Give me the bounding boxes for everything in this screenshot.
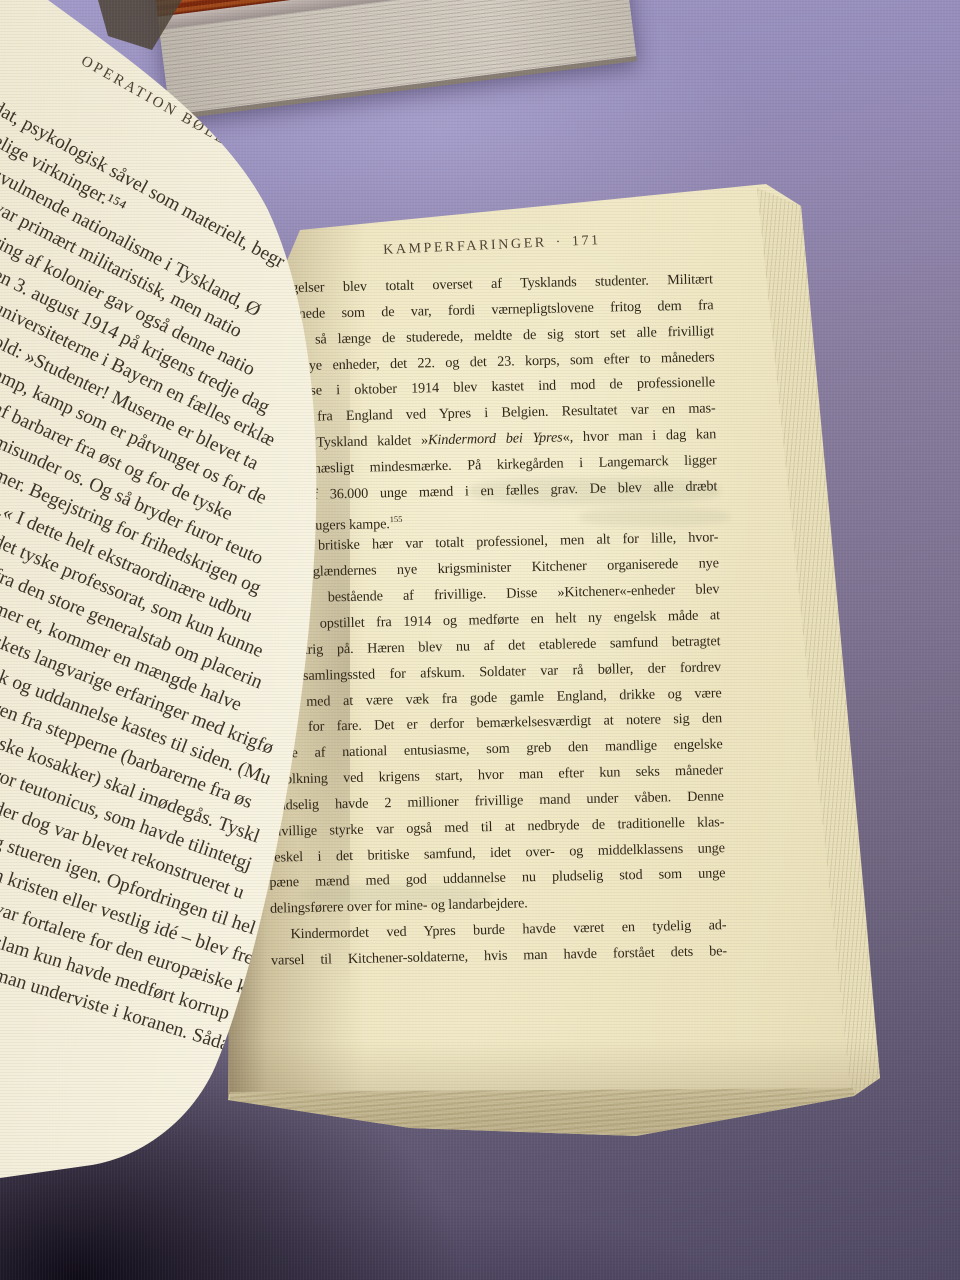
text-line-fragment: universiteterne i Bayern en fælles erklæ: [0, 297, 278, 452]
italic-phrase: Kindermord bei Ypres: [428, 430, 563, 449]
page-number: 170: [300, 179, 335, 208]
chapter-title: KAMPERFARINGER: [383, 236, 547, 258]
text-line-fragment: der dog var blevet rekonstrueret u: [0, 798, 247, 905]
text-line-fragment: misunder os. Og så bryder furor teuto: [0, 431, 266, 570]
text-line-fragment: ren fra stepperne (barbarerne fra øs: [0, 698, 255, 814]
text-line-fragment: var fortalere for den europæiske ku: [0, 898, 259, 1002]
paragraph-lines: for englændernes nye krigsminister Kitch…: [263, 552, 726, 897]
text-line-fragment: skets langvarige erfaringer med krigfø: [0, 631, 276, 760]
text-line-fragment: var primært militaristisk, men natio: [0, 197, 245, 343]
right-page-body-text: modsigelser blev totalt overset af Tyskl…: [257, 267, 728, 974]
text-line-fragment: af barbarer fra øst og for de tyske: [0, 398, 236, 526]
text-line-fragment: amp, kamp som er påtvunget os for de: [0, 364, 270, 510]
paragraph-lines: se et hæsligt mindesmærke. På kirkegårde…: [261, 448, 718, 509]
text-line-fragment: fra den store generalstab om placerin: [0, 564, 265, 693]
text-line-fragment: t.« I dette helt ekstraordinære udbru: [0, 498, 255, 628]
text-line-fragment: ring af kolonier gav også denne natio: [0, 231, 258, 381]
text-line-fragment: man underviste i koranen. Såda: [0, 965, 232, 1057]
text-line-fragment: dat, psykologisk såvel som materielt, be…: [0, 97, 288, 273]
text-line-fragment: n kristen eller vestlig idé – blev fre: [0, 865, 256, 971]
text-line-fragment: en 3. august 1914 på krigens tredje dag: [0, 264, 273, 419]
right-page-header: KAMPERFARINGER·171: [264, 228, 720, 265]
text-line-fragment: mer et, kommer en mængde halve: [0, 598, 245, 717]
text-line-fragment: elige virkninger.¹⁵⁴: [0, 131, 129, 220]
text-line-fragment: g stueren igen. Opfordringen til hel: [0, 831, 258, 940]
header-separator: ·: [286, 171, 301, 189]
photo-open-book-scene: Expert recommendations KAMPERFARINGER·17…: [0, 0, 960, 1280]
text-line-fragment: mer. Begejstring for frihedskrigen og: [0, 464, 264, 600]
text-line-fragment: old: »Studenter! Muserne er blevet ta: [0, 331, 262, 475]
text-line-fragment: det tyske professorat, som kun kunne: [0, 531, 266, 663]
text-line-fragment: iske kosakker) skal imødegås. Tyskl: [0, 731, 262, 848]
page-number: 171: [572, 233, 601, 249]
header-separator: ·: [555, 235, 563, 250]
text-line-fragment: ror teutonicus, som havde tilintetgj: [0, 765, 254, 877]
footnote-marker: 155: [390, 513, 403, 523]
paragraph-lines: modsigelser blev totalt overset af Tyskl…: [257, 267, 716, 432]
text-line-fragment: ik og uddannelse kastes til siden. (Mu: [0, 665, 274, 791]
text-line-fragment: svulmende nationalisme i Tyskland, Ø: [0, 164, 264, 322]
background-travel-book: Expert recommendations: [148, 0, 636, 115]
text-line-fragment: slam kun havde medført korrup: [0, 931, 232, 1025]
